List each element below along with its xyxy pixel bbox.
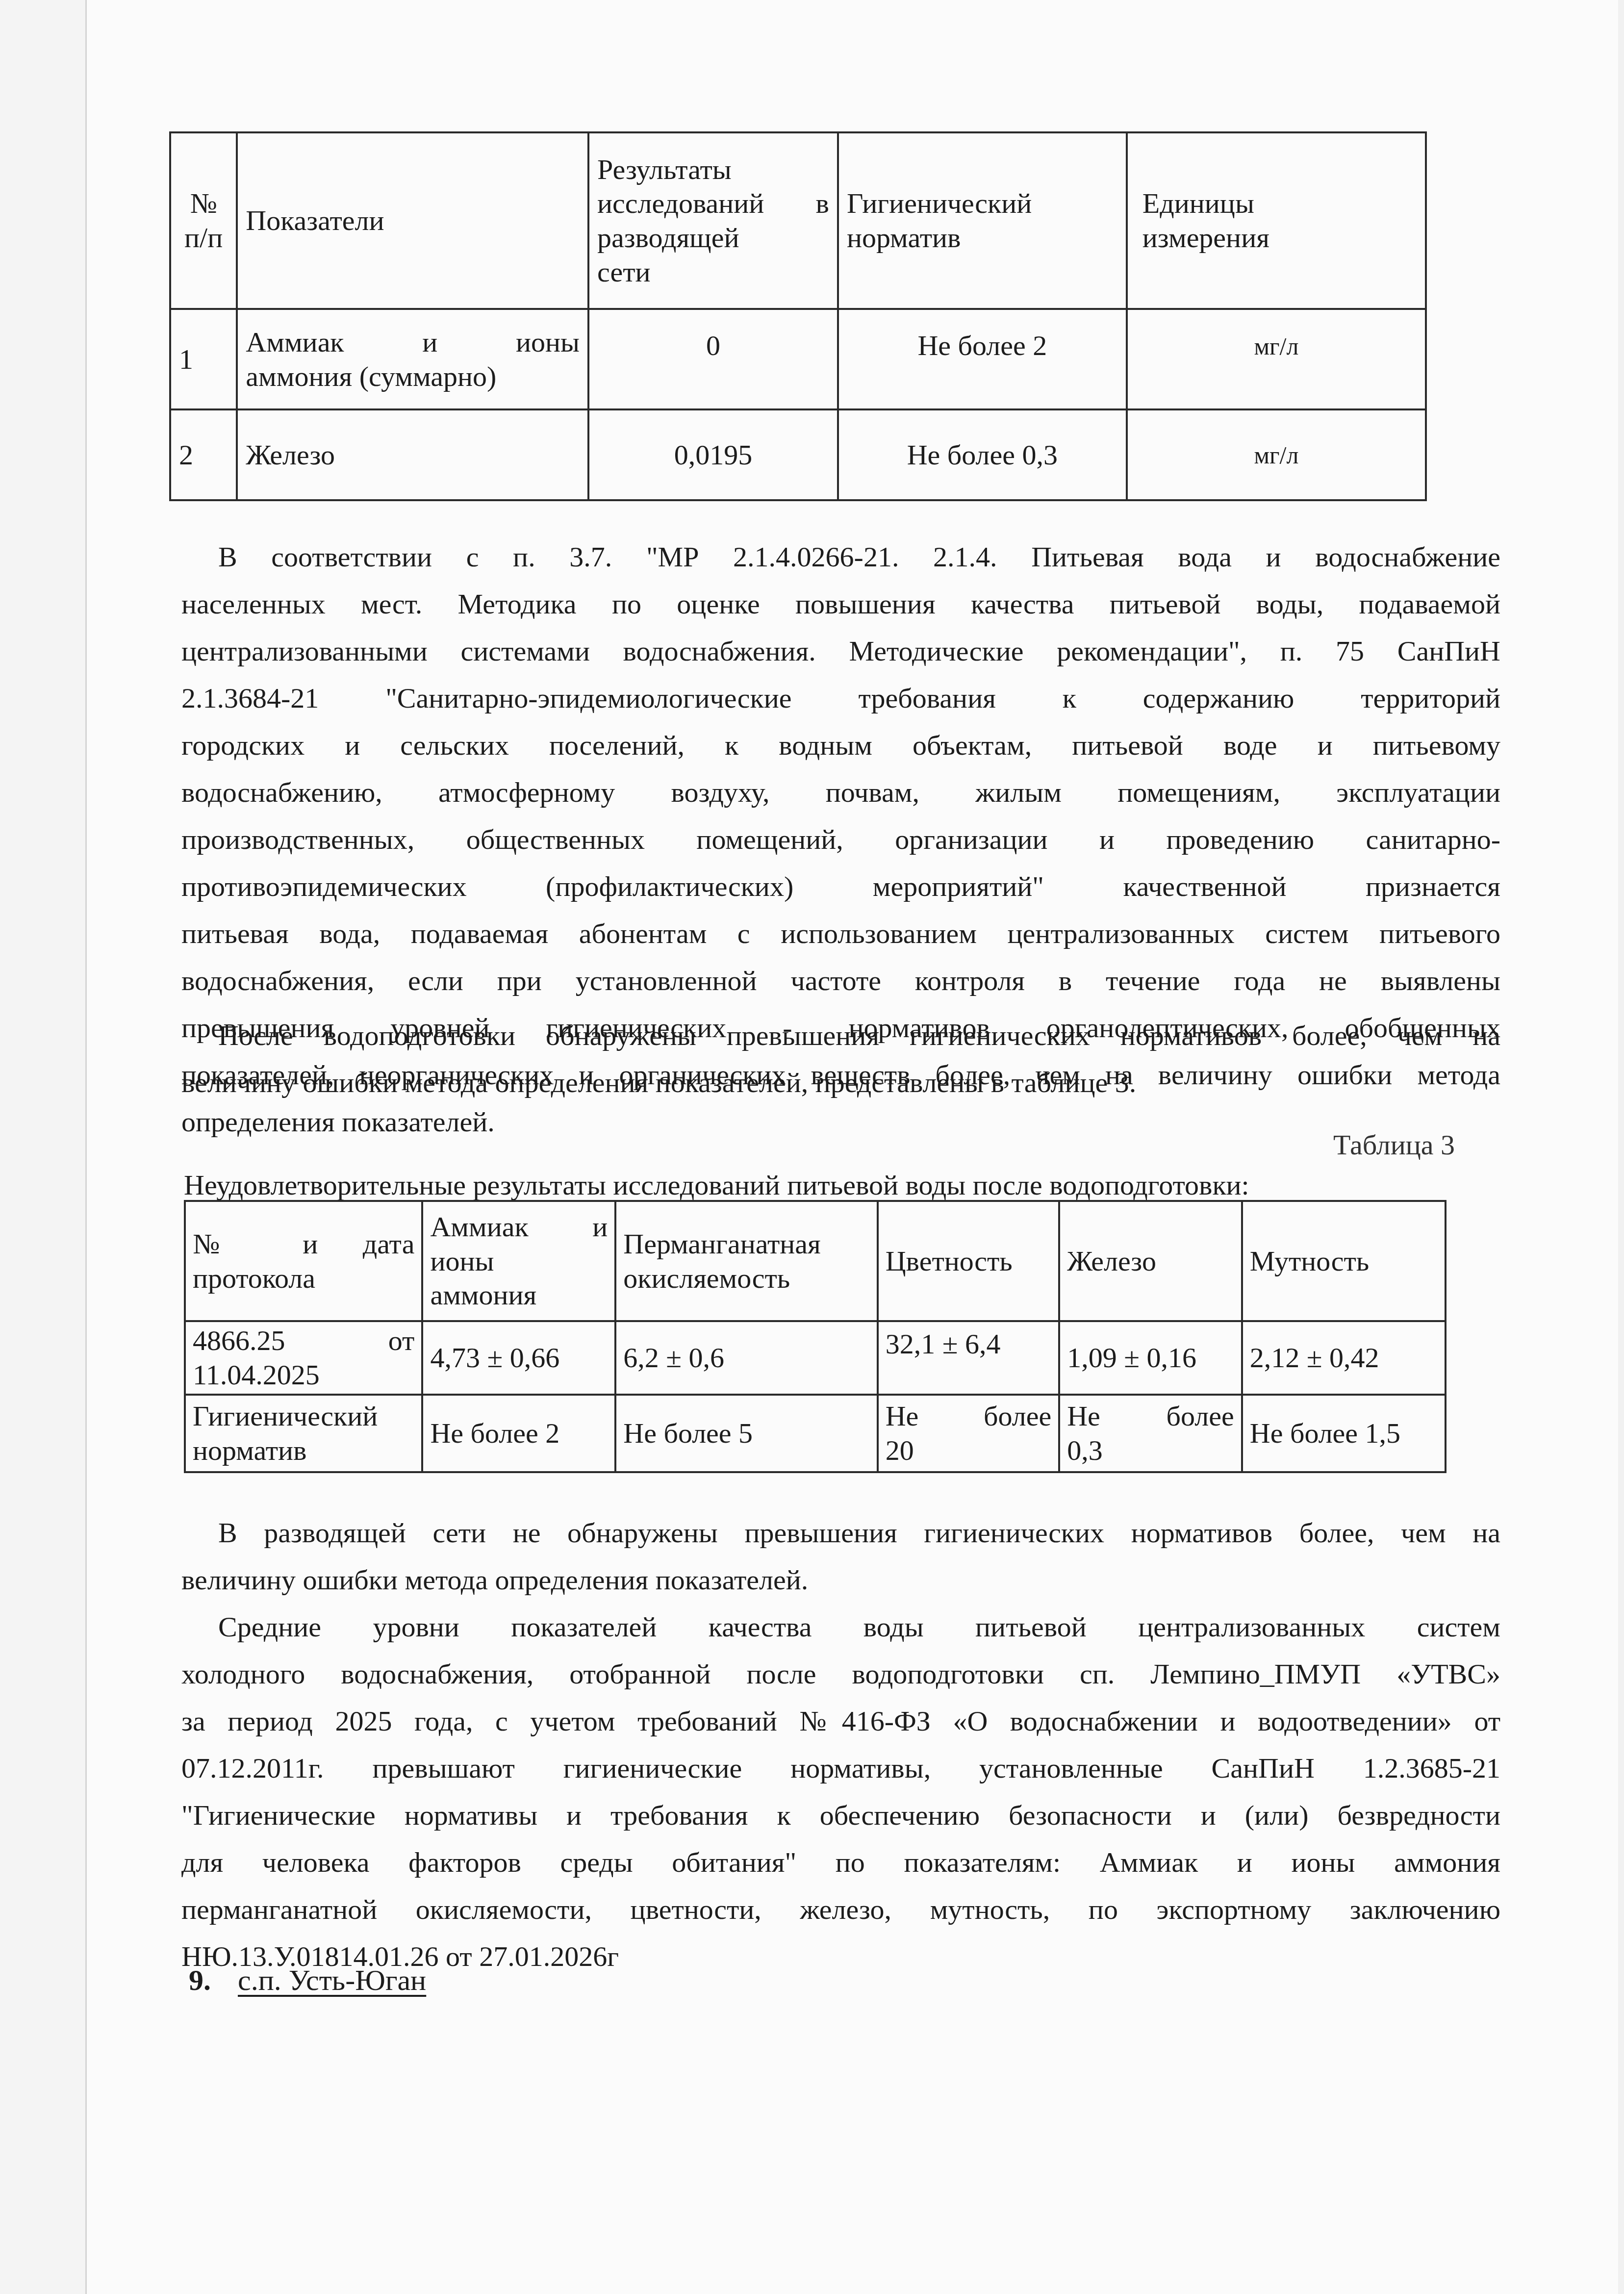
header-norm: Гигиенический норматив <box>838 132 1127 309</box>
paragraph-line: "Гигиенические нормативы и требования к … <box>181 1792 1500 1839</box>
section-name: с.п. Усть-Юган <box>238 1964 426 1996</box>
cell-protocol: 4866.25 от11.04.2025 <box>185 1321 422 1395</box>
paragraph-line: В разводящей сети не обнаружены превышен… <box>181 1509 1500 1556</box>
paragraph-line: перманганатной окисляемости, цветности, … <box>181 1886 1500 1933</box>
paragraph-line: питьевая вода, подаваемая абонентам с ис… <box>181 910 1500 957</box>
table-header-row: № и датапротоколаАммиак иионыаммонияПерм… <box>185 1201 1446 1321</box>
section-heading: 9. с.п. Усть-Юган <box>189 1961 426 2000</box>
cell-value-permanganate: 6,2 ± 0,6 <box>615 1321 877 1395</box>
paragraph-line: В соответствии с п. 3.7. "МР 2.1.4.0266-… <box>181 534 1500 581</box>
table-number-label: Таблица 3 <box>1333 1128 1455 1162</box>
header-units: Единицы измерения <box>1127 132 1426 309</box>
header-num: № п/п <box>170 132 237 309</box>
scan-margin <box>0 0 85 2294</box>
cell-value-turbidity: 2,12 ± 0,42 <box>1242 1321 1446 1395</box>
scan-edge-right <box>1618 0 1624 2294</box>
cell-norm-turbidity: Не более 1,5 <box>1242 1395 1446 1472</box>
row-result: 0 <box>588 309 838 409</box>
row-indicator: Аммиак и ионы аммония (суммарно) <box>237 309 588 409</box>
header-permanganate: Перманганатнаяокисляемость <box>615 1201 877 1321</box>
scan-edge-left <box>85 0 87 2294</box>
section-number: 9. <box>189 1964 211 1996</box>
cell-norm-ammonia: Не более 2 <box>422 1395 615 1472</box>
row-units: мг/л <box>1127 309 1426 409</box>
header-protocol: № и датапротокола <box>185 1201 422 1321</box>
header-indicator: Показатели <box>237 132 588 309</box>
paragraph-line: централизованными системами водоснабжени… <box>181 628 1500 675</box>
paragraph-line: величину ошибки метода определения показ… <box>181 1556 1500 1604</box>
paragraph-line: 2.1.3684-21 "Санитарно-эпидемиологически… <box>181 675 1500 722</box>
table-caption: Неудовлетворительные результаты исследов… <box>184 1168 1249 1202</box>
paragraph-line: для человека факторов среды обитания" по… <box>181 1839 1500 1886</box>
row-num: 1 <box>170 309 237 409</box>
table-row: 2 Железо 0,0195 Не более 0,3 мг/л <box>170 409 1426 500</box>
header-result: Результаты исследований в разводящей сет… <box>588 132 838 309</box>
paragraph-line: холодного водоснабжения, отобранной посл… <box>181 1651 1500 1698</box>
cell-value-color: 32,1 ± 6,4 <box>878 1321 1059 1395</box>
header-ammonia: Аммиак иионыаммония <box>422 1201 615 1321</box>
row-units: мг/л <box>1127 409 1426 500</box>
unsatisfactory-results-table: № и датапротоколаАммиак иионыаммонияПерм… <box>184 1200 1446 1473</box>
table-row: 1 Аммиак и ионы аммония (суммарно) 0 Не … <box>170 309 1426 409</box>
paragraph-line: производственных, общественных помещений… <box>181 816 1500 863</box>
paragraph-line: величину ошибки метода определения показ… <box>181 1059 1500 1106</box>
cell-norm-permanganate: Не более 5 <box>615 1395 877 1472</box>
cell-norm-label: Гигиеническийнорматив <box>185 1395 422 1472</box>
paragraph-line: городских и сельских поселений, к водным… <box>181 722 1500 769</box>
paragraph-line: противоэпидемических (профилактических) … <box>181 863 1500 910</box>
table-row-norm: ГигиеническийнормативНе более 2Не более … <box>185 1395 1446 1472</box>
row-indicator: Железо <box>237 409 588 500</box>
paragraph-line: водоснабжения, если при установленной ча… <box>181 957 1500 1004</box>
table-header-row: № п/п Показатели Результаты исследований… <box>170 132 1426 309</box>
paragraph-exceedances-after-treatment: После водоподготовки обнаружены превышен… <box>181 1012 1500 1106</box>
cell-value-ammonia: 4,73 ± 0,66 <box>422 1321 615 1395</box>
table-row-protocol: 4866.25 от11.04.20254,73 ± 0,666,2 ± 0,6… <box>185 1321 1446 1395</box>
row-result: 0,0195 <box>588 409 838 500</box>
paragraph-line: населенных мест. Методика по оценке повы… <box>181 581 1500 628</box>
cell-norm-color: Не более20 <box>878 1395 1059 1472</box>
paragraph-line: водоснабжению, атмосферному воздуху, поч… <box>181 769 1500 816</box>
paragraph-average-levels: Средние уровни показателей качества воды… <box>181 1604 1500 1980</box>
paragraph-line: за период 2025 года, с учетом требований… <box>181 1698 1500 1745</box>
distribution-network-results-table: № п/п Показатели Результаты исследований… <box>169 131 1427 501</box>
row-norm: Не более 2 <box>838 309 1127 409</box>
row-norm: Не более 0,3 <box>838 409 1127 500</box>
cell-norm-iron: Не более0,3 <box>1059 1395 1242 1472</box>
paragraph-network-no-exceedances: В разводящей сети не обнаружены превышен… <box>181 1509 1500 1604</box>
paragraph-line: 07.12.2011г. превышают гигиенические нор… <box>181 1745 1500 1792</box>
paragraph-line: Средние уровни показателей качества воды… <box>181 1604 1500 1651</box>
paragraph-line: После водоподготовки обнаружены превышен… <box>181 1012 1500 1059</box>
header-iron: Железо <box>1059 1201 1242 1321</box>
header-color: Цветность <box>878 1201 1059 1321</box>
row-num: 2 <box>170 409 237 500</box>
header-turbidity: Мутность <box>1242 1201 1446 1321</box>
cell-value-iron: 1,09 ± 0,16 <box>1059 1321 1242 1395</box>
